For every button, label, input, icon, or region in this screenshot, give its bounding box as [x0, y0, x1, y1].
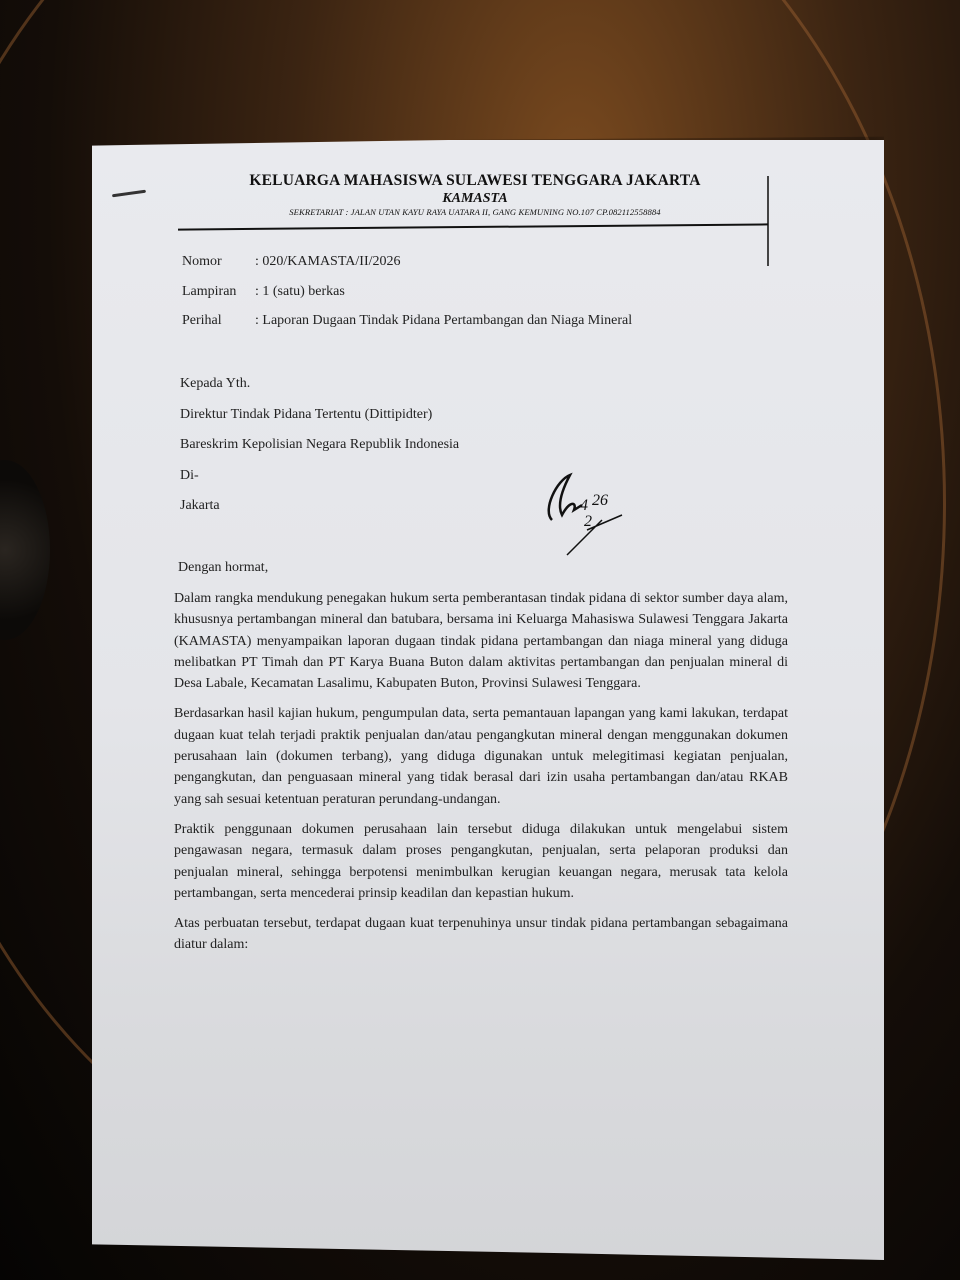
meta-label: Perihal	[182, 313, 255, 343]
recipient-line: Di-	[180, 468, 459, 499]
letter-paper: KELUARGA MAHASISWA SULAWESI TENGGARA JAK…	[92, 140, 884, 1260]
recipient-line: Bareskrim Kepolisian Negara Republik Ind…	[180, 437, 459, 468]
paragraph: Praktik penggunaan dokumen perusahaan la…	[174, 819, 788, 904]
greeting: Dengan hormat,	[178, 560, 268, 576]
handwritten-signature-icon: 4 26 2	[532, 460, 632, 560]
letterhead-rule	[178, 223, 768, 230]
svg-text:4: 4	[580, 497, 588, 514]
recipient-line: Jakarta	[180, 498, 459, 529]
svg-text:2: 2	[584, 513, 592, 530]
org-name: KELUARGA MAHASISWA SULAWESI TENGGARA JAK…	[180, 172, 770, 190]
meta-label: Lampiran	[182, 284, 255, 314]
meta-nomor: Nomor : 020/KAMASTA/II/2026	[182, 254, 632, 284]
recipient-salutation: Kepada Yth.	[180, 376, 459, 407]
meta-value: : 1 (satu) berkas	[255, 284, 345, 314]
paragraph: Dalam rangka mendukung penegakan hukum s…	[174, 588, 788, 694]
paragraph: Berdasarkan hasil kajian hukum, pengumpu…	[174, 703, 788, 809]
svg-text:26: 26	[592, 492, 608, 509]
org-address: SEKRETARIAT : JALAN UTAN KAYU RAYA UATAR…	[180, 207, 770, 217]
recipient-block: Kepada Yth. Direktur Tindak Pidana Terte…	[180, 376, 459, 529]
recipient-line: Direktur Tindak Pidana Tertentu (Dittipi…	[180, 407, 459, 438]
org-abbr: KAMASTA	[180, 191, 770, 207]
pen-mark	[112, 190, 146, 198]
letterhead: KELUARGA MAHASISWA SULAWESI TENGGARA JAK…	[180, 172, 770, 217]
letter-meta: Nomor : 020/KAMASTA/II/2026 Lampiran : 1…	[182, 254, 632, 343]
meta-label: Nomor	[182, 254, 255, 284]
paragraph: Atas perbuatan tersebut, terdapat dugaan…	[174, 913, 788, 956]
meta-value: : Laporan Dugaan Tindak Pidana Pertamban…	[255, 313, 632, 343]
meta-lampiran: Lampiran : 1 (satu) berkas	[182, 284, 632, 314]
letter-body: Dalam rangka mendukung penegakan hukum s…	[174, 588, 788, 965]
meta-perihal: Perihal : Laporan Dugaan Tindak Pidana P…	[182, 313, 632, 343]
meta-value: : 020/KAMASTA/II/2026	[255, 254, 401, 284]
